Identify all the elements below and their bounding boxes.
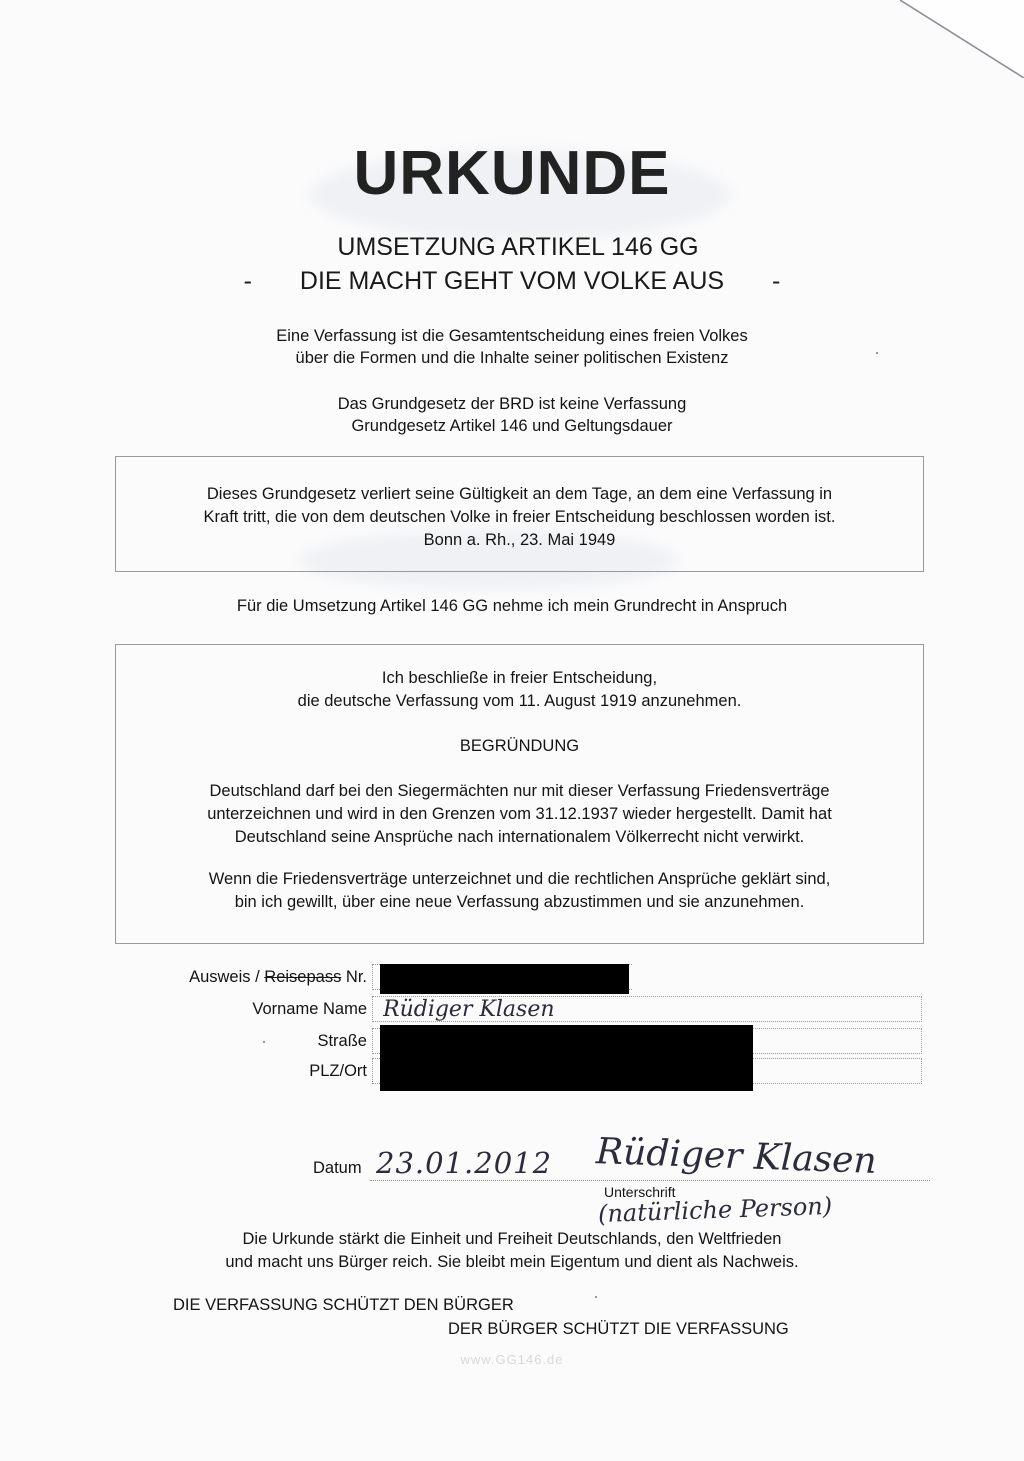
reason-line: Wenn die Friedensverträge unterzeichnet … xyxy=(116,868,923,891)
article-146-quote-box: Dieses Grundgesetz verliert seine Gültig… xyxy=(115,456,924,572)
reason-line: Deutschland darf bei den Siegermächten n… xyxy=(116,780,923,803)
id-label-prefix: Ausweis / xyxy=(189,968,264,986)
quote-line: Dieses Grundgesetz verliert seine Gültig… xyxy=(116,483,923,506)
city-label: PLZ/Ort xyxy=(309,1062,367,1081)
decision-line: die deutsche Verfassung vom 11. August 1… xyxy=(116,690,923,713)
subtitle-article: UMSETZUNG ARTIKEL 146 GG xyxy=(0,233,1024,262)
id-label-struck: Reisepass xyxy=(264,968,341,986)
decision-line: Ich beschließe in freier Entscheidung, xyxy=(116,667,923,690)
reason-line: Deutschland seine Ansprüche nach interna… xyxy=(116,826,923,849)
claim-statement: Für die Umsetzung Artikel 146 GG nehme i… xyxy=(0,597,1024,616)
closing-text: Die Urkunde stärkt die Einheit und Freih… xyxy=(0,1228,1024,1274)
date-value: 23.01.2012 xyxy=(376,1146,552,1180)
redaction-id xyxy=(380,964,629,994)
name-label: Vorname Name xyxy=(252,1000,367,1019)
subtitle-motto-text: DIE MACHT GEHT VOM VOLKE AUS xyxy=(300,267,724,295)
scan-speck xyxy=(876,352,878,354)
reason-line: bin ich gewillt, über eine neue Verfassu… xyxy=(116,891,923,914)
closing-line: und macht uns Bürger reich. Sie bleibt m… xyxy=(0,1251,1024,1274)
quote-line: Kraft tritt, die von dem deutschen Volke… xyxy=(116,506,923,529)
subtitle-motto: - DIE MACHT GEHT VOM VOLKE AUS - xyxy=(0,267,1024,296)
corner-fold xyxy=(900,0,1024,78)
signature-value: Rüdiger Klasen xyxy=(595,1131,877,1182)
quote-source: Bonn a. Rh., 23. Mai 1949 xyxy=(116,529,923,552)
website-watermark: www.GG146.de xyxy=(0,1352,1024,1367)
document-page: URKUNDE UMSETZUNG ARTIKEL 146 GG - DIE M… xyxy=(0,0,1024,1461)
name-field[interactable] xyxy=(372,996,922,1022)
intro-text: Eine Verfassung ist die Gesamtentscheidu… xyxy=(0,325,1024,369)
reason-line: unterzeichnen und wird in den Grenzen vo… xyxy=(116,803,923,826)
redaction-address xyxy=(380,1025,753,1091)
date-label: Datum xyxy=(313,1159,362,1178)
motto-line-2: DER BÜRGER SCHÜTZT DIE VERFASSUNG xyxy=(448,1320,789,1339)
decision-box: Ich beschließe in freier Entscheidung, d… xyxy=(115,644,924,944)
form-row-id: Ausweis / Reisepass Nr. xyxy=(0,964,1024,992)
scan-speck xyxy=(263,1041,265,1043)
id-label: Ausweis / Reisepass Nr. xyxy=(189,968,367,987)
street-label: Straße xyxy=(317,1032,367,1051)
basic-law-note: Das Grundgesetz der BRD ist keine Verfas… xyxy=(0,393,1024,437)
dash-right: - xyxy=(772,267,780,295)
scan-speck xyxy=(595,1296,597,1298)
reason-heading: BEGRÜNDUNG xyxy=(116,735,923,758)
motto-line-1: DIE VERFASSUNG SCHÜTZT DEN BÜRGER xyxy=(173,1296,514,1315)
id-label-suffix: Nr. xyxy=(341,968,367,986)
dash-left: - xyxy=(244,267,252,295)
basic-law-line: Das Grundgesetz der BRD ist keine Verfas… xyxy=(0,393,1024,415)
closing-line: Die Urkunde stärkt die Einheit und Freih… xyxy=(0,1228,1024,1251)
document-title: URKUNDE xyxy=(0,138,1024,209)
form-row-name: Vorname Name xyxy=(0,996,1024,1024)
basic-law-line: Grundgesetz Artikel 146 und Geltungsdaue… xyxy=(0,415,1024,437)
intro-line: Eine Verfassung ist die Gesamtentscheidu… xyxy=(0,325,1024,347)
intro-line: über die Formen und die Inhalte seiner p… xyxy=(0,347,1024,369)
